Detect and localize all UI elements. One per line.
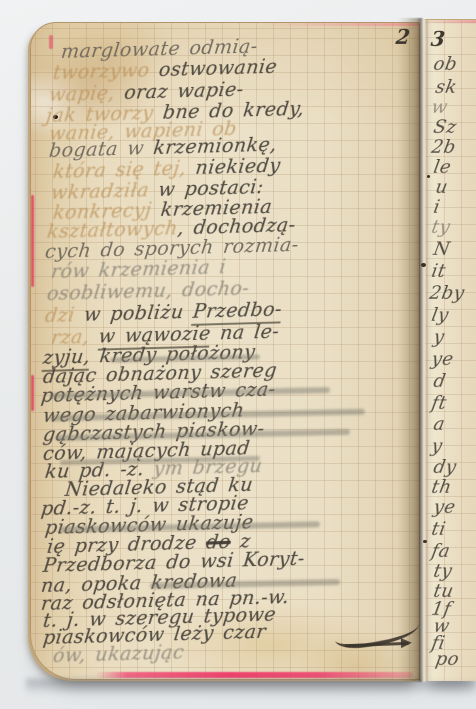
paper-speck xyxy=(427,175,430,178)
squared-grid-texture xyxy=(425,20,476,681)
squared-grid-texture xyxy=(31,23,419,679)
paper-speck xyxy=(421,263,426,267)
notebook-page-right xyxy=(424,19,476,681)
notebook-scan: 2 3 marglowate odmią-tworzywo ostwowanie… xyxy=(0,0,476,709)
red-edge-mark xyxy=(31,195,34,287)
binding-gutter-crease xyxy=(398,18,426,682)
paper-speck xyxy=(423,540,427,543)
pink-page-edge-bottom xyxy=(95,672,413,678)
ink-dot xyxy=(53,115,58,119)
red-edge-mark xyxy=(31,375,34,411)
pink-page-edge-top xyxy=(425,20,476,23)
red-edge-mark xyxy=(49,35,53,49)
notebook-page-left xyxy=(30,22,420,680)
pink-page-edge-top xyxy=(259,23,419,26)
